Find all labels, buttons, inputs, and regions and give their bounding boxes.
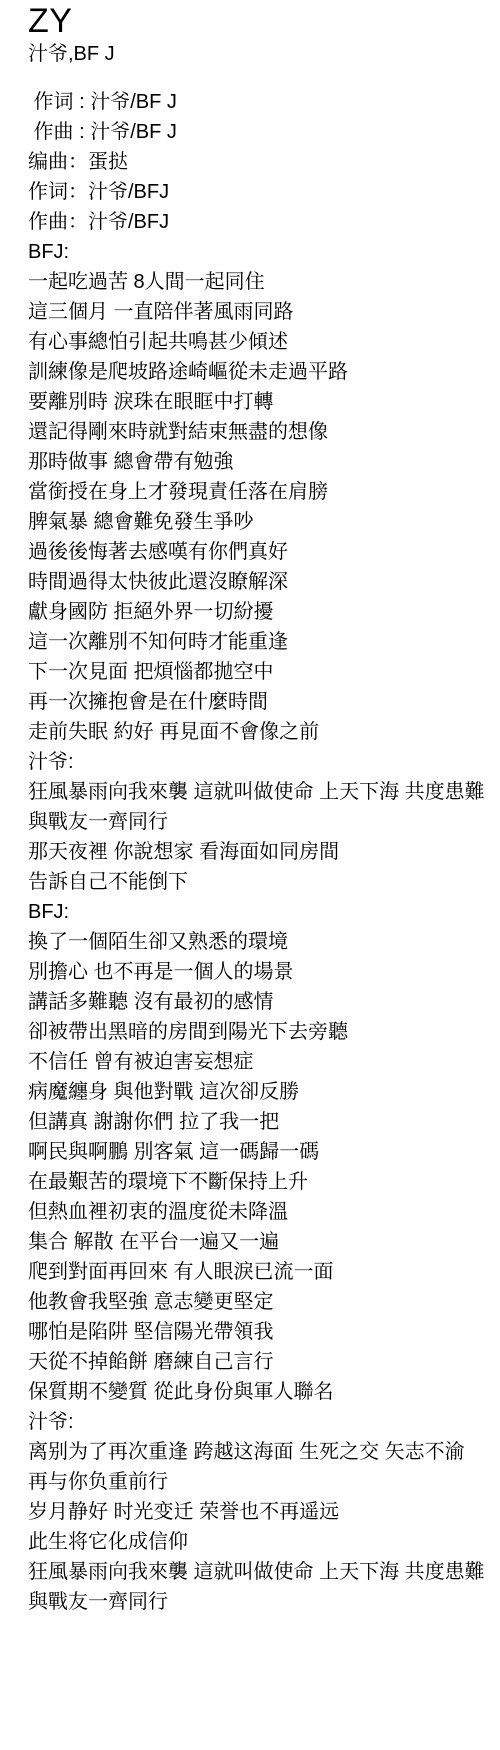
credit-line: 作词 : 汁爷/BF J — [28, 87, 500, 117]
lyric-line: 天從不掉餡餅 磨練自己言行 — [28, 1347, 500, 1377]
lyric-line: 岁月静好 时光变迁 荣誉也不再遥远 — [28, 1497, 500, 1527]
lyric-line: 與戰友一齊同行 — [28, 1587, 500, 1617]
lyric-line: 那時做事 總會帶有勉強 — [28, 447, 500, 477]
lyric-line: 卻被帶出黑暗的房間到陽光下去旁聽 — [28, 1017, 500, 1047]
lyric-line: 這一次離別不知何時才能重逢 — [28, 627, 500, 657]
credit-line: 编曲：蛋挞 — [28, 147, 500, 177]
lyric-line: 病魔纏身 與他對戰 這次卻反勝 — [28, 1077, 500, 1107]
lyric-line: 但講真 謝謝你們 拉了我一把 — [28, 1107, 500, 1137]
lyric-line: 過後後悔著去感嘆有你們真好 — [28, 537, 500, 567]
lyric-line: BFJ: — [28, 897, 500, 927]
lyric-line: BFJ: — [28, 237, 500, 267]
credit-line: 作曲：汁爷/BFJ — [28, 207, 500, 237]
lyric-line: 集合 解散 在平台一遍又一遍 — [28, 1227, 500, 1257]
lyric-line: 狂風暴雨向我來襲 這就叫做使命 上天下海 共度患難 — [28, 1557, 500, 1587]
lyric-line: 與戰友一齊同行 — [28, 807, 500, 837]
lyric-line: 獻身國防 拒絕外界一切紛擾 — [28, 597, 500, 627]
page-title: ZY — [28, 2, 500, 40]
lyric-line: 再一次擁抱會是在什麼時間 — [28, 687, 500, 717]
artist-name: 汁爷,BF J — [28, 40, 500, 68]
lyric-line: 此生将它化成信仰 — [28, 1527, 500, 1557]
lyric-line: 講話多難聽 沒有最初的感情 — [28, 987, 500, 1017]
lyric-line: 汁爷: — [28, 747, 500, 777]
lyric-line: 下一次見面 把煩惱都拋空中 — [28, 657, 500, 687]
lyric-line: 汁爷: — [28, 1407, 500, 1437]
lyric-line: 當銜授在身上才發現責任落在肩膀 — [28, 477, 500, 507]
lyric-line: 一起吃過苦 8人間一起同住 — [28, 267, 500, 297]
credits-block: 作词 : 汁爷/BF J 作曲 : 汁爷/BF J编曲：蛋挞作词：汁爷/BFJ作… — [28, 87, 500, 237]
lyric-line: 還記得剛來時就對結束無盡的想像 — [28, 417, 500, 447]
lyric-line: 不信任 曾有被迫害妄想症 — [28, 1047, 500, 1077]
lyric-line: 在最艱苦的環境下不斷保持上升 — [28, 1167, 500, 1197]
lyrics-lines: BFJ:一起吃過苦 8人間一起同住這三個月 一直陪伴著風雨同路有心事總怕引起共鳴… — [28, 237, 500, 1617]
credit-line: 作曲 : 汁爷/BF J — [28, 117, 500, 147]
lyric-line: 走前失眠 約好 再見面不會像之前 — [28, 717, 500, 747]
lyric-line: 換了一個陌生卻又熟悉的環境 — [28, 927, 500, 957]
lyrics-page: ZY 汁爷,BF J 作词 : 汁爷/BF J 作曲 : 汁爷/BF J编曲：蛋… — [0, 0, 500, 1617]
lyric-line: 再与你负重前行 — [28, 1467, 500, 1497]
lyric-line: 但熱血裡初衷的溫度從未降溫 — [28, 1197, 500, 1227]
lyric-line: 時間過得太快彼此還沒瞭解深 — [28, 567, 500, 597]
lyric-line: 他教會我堅強 意志變更堅定 — [28, 1287, 500, 1317]
lyric-line: 訓練像是爬坡路途崎嶇從未走過平路 — [28, 357, 500, 387]
lyric-line: 脾氣暴 總會難免發生爭吵 — [28, 507, 500, 537]
lyric-line: 這三個月 一直陪伴著風雨同路 — [28, 297, 500, 327]
lyric-line: 有心事總怕引起共鳴甚少傾述 — [28, 327, 500, 357]
lyric-line: 告訴自己不能倒下 — [28, 867, 500, 897]
lyric-line: 离别为了再次重逢 跨越这海面 生死之交 矢志不渝 — [28, 1437, 500, 1467]
lyric-line: 保質期不變質 從此身份與軍人聯名 — [28, 1377, 500, 1407]
lyric-line: 哪怕是陷阱 堅信陽光帶領我 — [28, 1317, 500, 1347]
lyric-line: 那天夜裡 你說想家 看海面如同房間 — [28, 837, 500, 867]
lyric-line: 別擔心 也不再是一個人的場景 — [28, 957, 500, 987]
lyric-line: 啊民與啊鵬 別客氣 這一碼歸一碼 — [28, 1137, 500, 1167]
credit-line: 作词：汁爷/BFJ — [28, 177, 500, 207]
lyric-line: 爬到對面再回來 有人眼淚已流一面 — [28, 1257, 500, 1287]
lyric-line: 要離別時 淚珠在眼眶中打轉 — [28, 387, 500, 417]
lyric-line: 狂風暴雨向我來襲 這就叫做使命 上天下海 共度患難 — [28, 777, 500, 807]
